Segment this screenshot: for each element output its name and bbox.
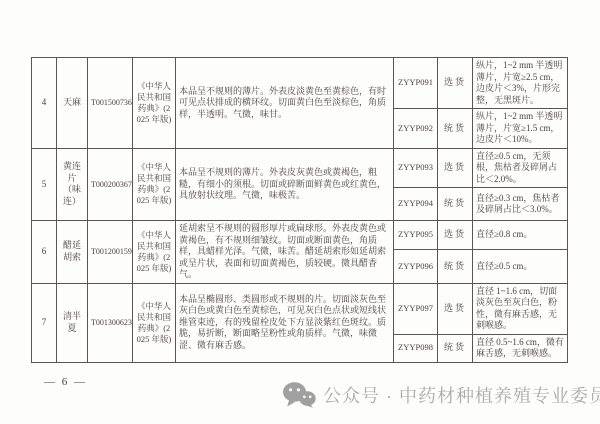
wechat-icon bbox=[282, 381, 316, 408]
grade: 选货 bbox=[438, 58, 473, 109]
table-row: 6 醋延胡索 T001200159 《中华人民共和国药典》(2025 年版) 延… bbox=[32, 221, 568, 250]
spec-code: ZYYP092 bbox=[394, 109, 438, 149]
spec-requirement: 纵片，1~2 mm 半透明薄片，片宽≥2.5 cm，边皮片＜3%，片形完整，无黑… bbox=[473, 58, 568, 109]
grade: 选货 bbox=[438, 148, 473, 188]
watermark: 公众号 · 中药材种植养殖专业委员会 bbox=[282, 381, 600, 408]
page-number: — 6 — bbox=[44, 376, 87, 388]
herb-name: 天麻 bbox=[57, 58, 88, 149]
grade: 选货 bbox=[438, 283, 473, 334]
grade: 统货 bbox=[438, 109, 473, 149]
grade: 统货 bbox=[438, 250, 473, 283]
herb-description: 本品呈不规则的薄片。外表皮淡黄色至黄棕色，有时可见点状排成的横环纹。切面黄白色至… bbox=[176, 58, 394, 149]
watermark-text: 公众号 · 中药材种植养殖专业委员会 bbox=[323, 382, 600, 408]
row-number: 7 bbox=[32, 283, 57, 362]
grade: 统货 bbox=[438, 188, 473, 221]
standard-reference: 《中华人民共和国药典》(2025 年版) bbox=[133, 221, 176, 284]
spec-code: ZYYP095 bbox=[394, 221, 438, 250]
table-row: 5 黄连片（味连） T000200367 《中华人民共和国药典》(2025 年版… bbox=[32, 148, 568, 188]
spec-requirement: 直径≥0.8 cm。 bbox=[473, 221, 568, 250]
spec-code: ZYYP096 bbox=[394, 250, 438, 283]
row-number: 4 bbox=[32, 58, 57, 149]
spec-code: ZYYP094 bbox=[394, 188, 438, 221]
grade: 选货 bbox=[438, 221, 473, 250]
table-row: 4 天麻 T001500736 《中华人民共和国药典》(2025 年版) 本品呈… bbox=[32, 58, 568, 109]
herb-code: T001500736 bbox=[88, 58, 133, 149]
herb-name: 清半夏 bbox=[57, 283, 88, 362]
row-number: 6 bbox=[32, 221, 57, 284]
standard-reference: 《中华人民共和国药典》(2025 年版) bbox=[133, 58, 176, 149]
row-number: 5 bbox=[32, 148, 57, 221]
table-row: 7 清半夏 T001300623 《中华人民共和国药典》(2025 年版) 本品… bbox=[32, 283, 568, 334]
spec-code: ZYYP097 bbox=[394, 283, 438, 334]
herb-name: 黄连片（味连） bbox=[57, 148, 88, 221]
herb-spec-table: 4 天麻 T001500736 《中华人民共和国药典》(2025 年版) 本品呈… bbox=[31, 57, 568, 363]
spec-requirement: 直径 1~1.6 cm，切面淡灰色至灰白色，粉性，微有麻舌感，无刺喉感。 bbox=[473, 283, 568, 334]
grade: 统货 bbox=[438, 334, 473, 362]
standard-reference: 《中华人民共和国药典》(2025 年版) bbox=[133, 148, 176, 221]
spec-code: ZYYP098 bbox=[394, 334, 438, 362]
herb-code: T000200367 bbox=[88, 148, 133, 221]
standard-reference: 《中华人民共和国药典》(2025 年版) bbox=[133, 283, 176, 362]
spec-requirement: 直径 0.5~1.6 cm，微有麻舌感，无刺喉感。 bbox=[473, 334, 568, 362]
herb-name: 醋延胡索 bbox=[57, 221, 88, 284]
spec-requirement: 纵片，1~2 mm 半透明薄片，片宽≥1.5 cm，边皮片＜10%。 bbox=[473, 109, 568, 149]
herb-description: 本品呈椭圆形、类圆形或不规则的片。切面淡灰色至灰白色或黄白色至黄棕色，可见灰白色… bbox=[176, 283, 394, 362]
spec-code: ZYYP093 bbox=[394, 148, 438, 188]
herb-code: T001300623 bbox=[88, 283, 133, 362]
spec-requirement: 直径≥0.3 cm，焦枯者及碎屑占比＜3.0%。 bbox=[473, 188, 568, 221]
spec-requirement: 直径≥0.5 cm，无须根，焦枯者及碎屑占比＜2.0%。 bbox=[473, 148, 568, 188]
herb-code: T001200159 bbox=[88, 221, 133, 284]
spec-code: ZYYP091 bbox=[394, 58, 438, 109]
document-page: 4 天麻 T001500736 《中华人民共和国药典》(2025 年版) 本品呈… bbox=[0, 0, 600, 424]
herb-description: 本品呈不规则的薄片。外表皮灰黄色或黄褐色，粗糙，有细小的须根。切面或碎断面鲜黄色… bbox=[176, 148, 394, 221]
herb-description: 延胡索呈不规则的圆形厚片或扁球形。外表皮黄色或黄褐色，有不规则细皱纹。切面或断面… bbox=[176, 221, 394, 284]
spec-requirement: 直径≥0.5 cm。 bbox=[473, 250, 568, 283]
